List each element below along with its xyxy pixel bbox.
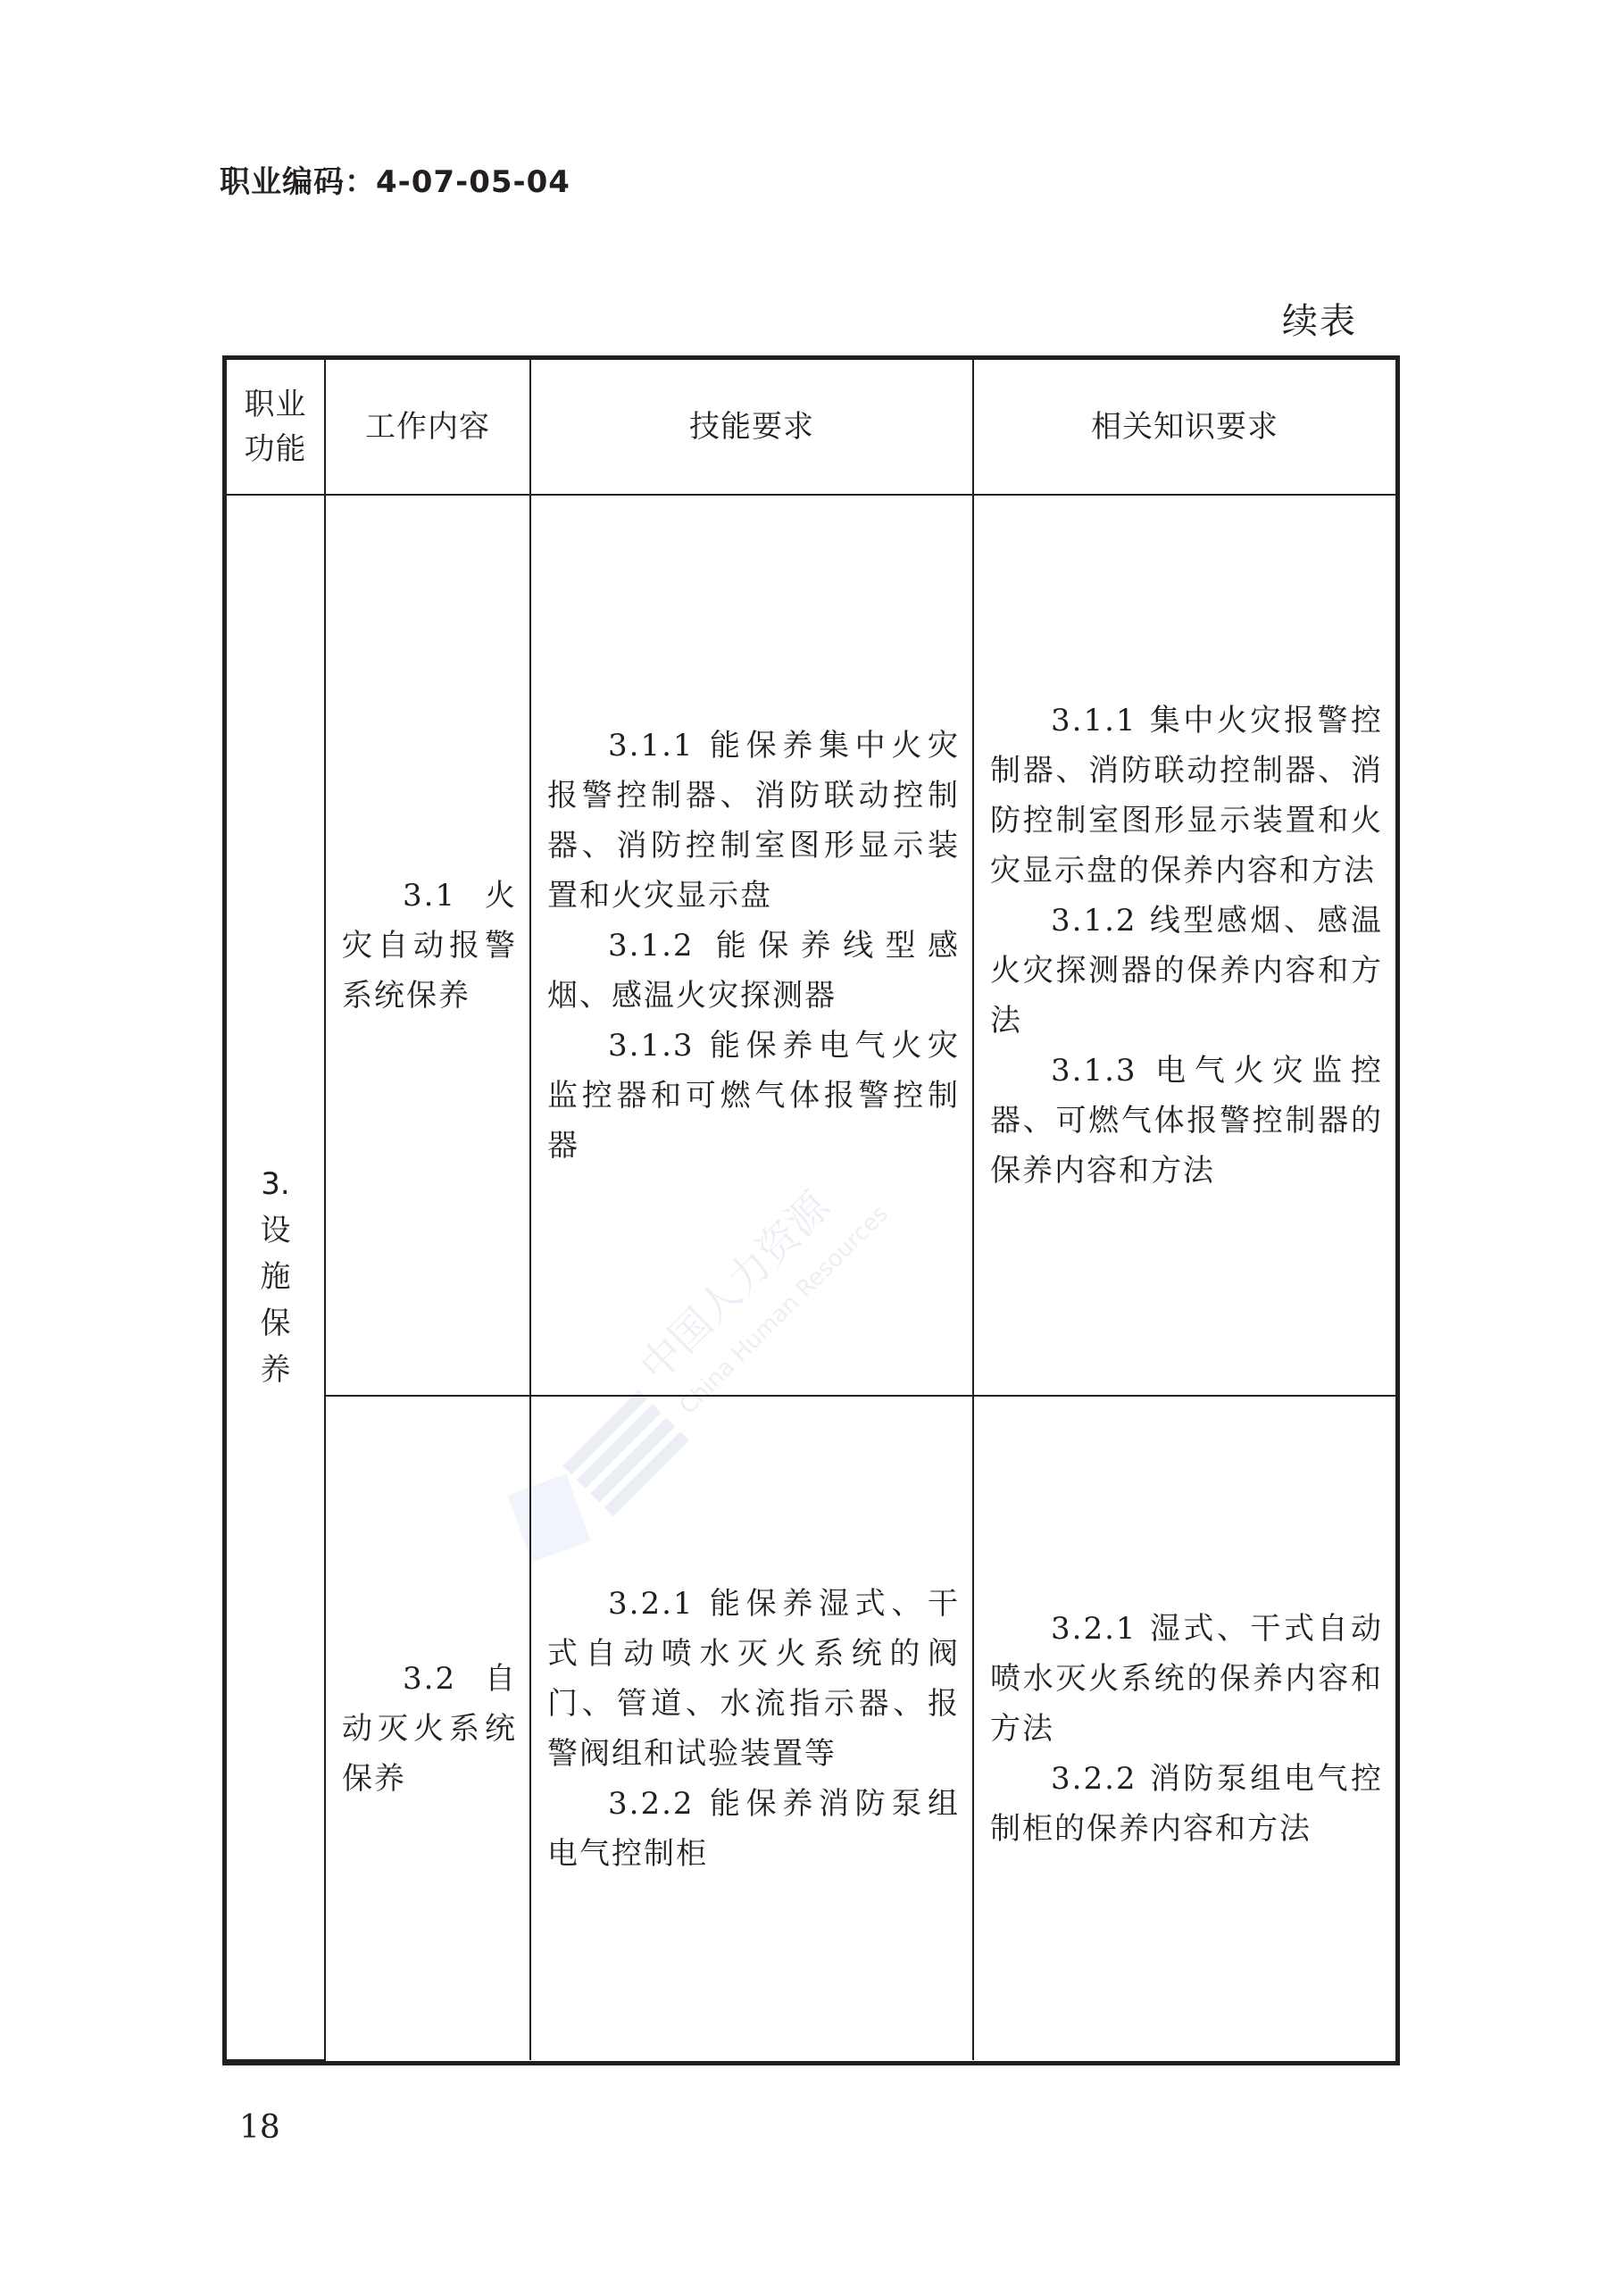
skill-item: 3.2.1 能保养湿式、干式自动喷水灭火系统的阀门、管道、水流指示器、报警阀组和… — [547, 1579, 960, 1779]
table-row: 3. 设 施 保 养 3.1 火灾自动报警系统保养 3.1.1 能保养集中火灾报… — [227, 495, 1395, 1396]
continued-table-label: 续表 — [1282, 293, 1357, 344]
column-header-skills: 技能要求 — [530, 360, 973, 495]
table-header-row: 职业 功能 工作内容 技能要求 相关知识要求 — [227, 360, 1395, 495]
skill-item: 3.1.3 能保养电气火灾监控器和可燃气体报警控制器 — [547, 1021, 960, 1171]
occupation-code-value: 4-07-05-04 — [376, 164, 570, 200]
column-header-function: 职业 功能 — [227, 360, 325, 495]
knowledge-item: 3.1.1 集中火灾报警控制器、消防联动控制器、消防控制室图形显示装置和火灾显示… — [990, 696, 1383, 896]
work-content-text: 3.1 火灾自动报警系统保养 — [342, 871, 517, 1021]
skill-item: 3.1.1 能保养集中火灾报警控制器、消防联动控制器、消防控制室图形显示装置和火… — [547, 721, 960, 921]
function-label: 3. 设 施 保 养 — [258, 1161, 294, 1393]
column-header-function-line: 功能 — [227, 427, 324, 471]
occupation-code: 职业编码：4-07-05-04 — [220, 157, 570, 201]
skill-item: 3.1.2 能保养线型感烟、感温火灾探测器 — [547, 921, 960, 1021]
skills-cell: 3.1.1 能保养集中火灾报警控制器、消防联动控制器、消防控制室图形显示装置和火… — [530, 495, 973, 1396]
occupation-skill-table: 职业 功能 工作内容 技能要求 相关知识要求 3. 设 施 保 养 3.1 火灾… — [222, 355, 1400, 2065]
skill-item: 3.2.2 能保养消防泵组电气控制柜 — [547, 1779, 960, 1879]
knowledge-cell: 3.1.1 集中火灾报警控制器、消防联动控制器、消防控制室图形显示装置和火灾显示… — [973, 495, 1395, 1396]
knowledge-cell: 3.2.1 湿式、干式自动喷水灭火系统的保养内容和方法 3.2.2 消防泵组电气… — [973, 1396, 1395, 2060]
function-char: 养 — [258, 1347, 294, 1393]
function-char: 施 — [258, 1254, 294, 1300]
skills-cell: 3.2.1 能保养湿式、干式自动喷水灭火系统的阀门、管道、水流指示器、报警阀组和… — [530, 1396, 973, 2060]
column-header-work-content: 工作内容 — [325, 360, 530, 495]
table-row: 3.2 自动灭火系统保养 3.2.1 能保养湿式、干式自动喷水灭火系统的阀门、管… — [227, 1396, 1395, 2060]
occupation-code-label: 职业编码： — [220, 164, 376, 200]
knowledge-item: 3.2.2 消防泵组电气控制柜的保养内容和方法 — [990, 1754, 1383, 1854]
work-content-cell: 3.2 自动灭火系统保养 — [325, 1396, 530, 2060]
work-content-cell: 3.1 火灾自动报警系统保养 — [325, 495, 530, 1396]
function-char: 保 — [258, 1300, 294, 1347]
knowledge-item: 3.2.1 湿式、干式自动喷水灭火系统的保养内容和方法 — [990, 1604, 1383, 1754]
work-content-text: 3.2 自动灭火系统保养 — [342, 1654, 517, 1804]
knowledge-item: 3.1.3 电气火灾监控器、可燃气体报警控制器的保养内容和方法 — [990, 1046, 1383, 1196]
column-header-knowledge: 相关知识要求 — [973, 360, 1395, 495]
knowledge-item: 3.1.2 线型感烟、感温火灾探测器的保养内容和方法 — [990, 896, 1383, 1046]
function-cell: 3. 设 施 保 养 — [227, 495, 325, 2060]
page-number: 18 — [239, 2109, 280, 2146]
column-header-function-line: 职业 — [227, 382, 324, 427]
function-char: 设 — [258, 1207, 294, 1254]
function-number: 3. — [258, 1161, 294, 1207]
